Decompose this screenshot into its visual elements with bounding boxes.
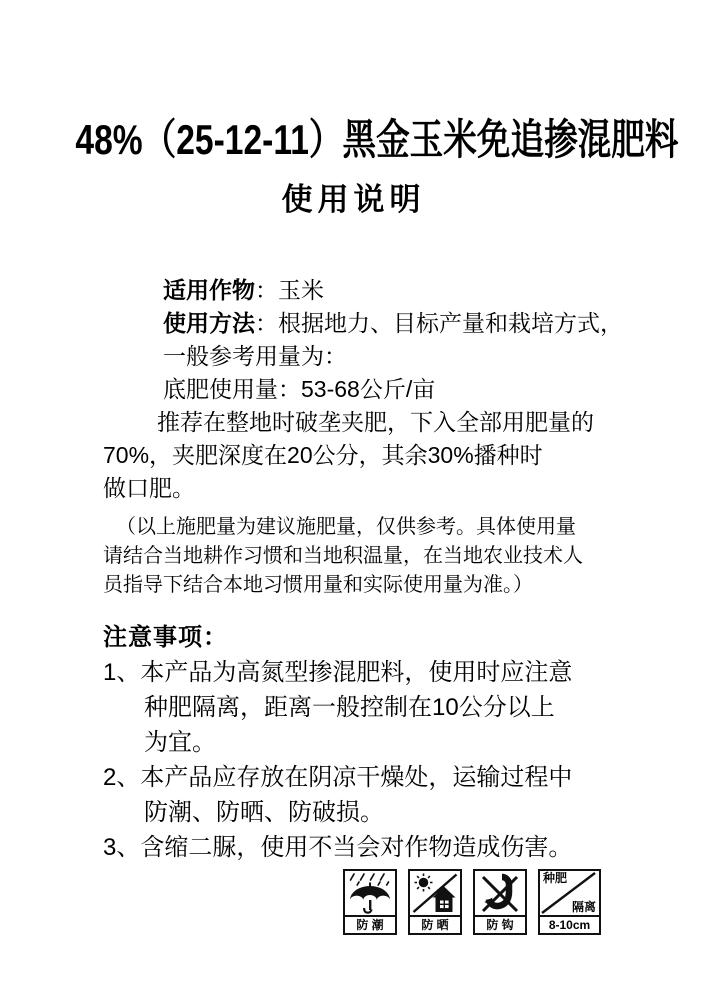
stamp-keep-dry: 防 潮 bbox=[343, 869, 397, 935]
page-title: 48%（25-12-11）黑金玉米免追掺混肥料 bbox=[0, 112, 707, 178]
usage-method-line: 使用方法：根据地力、目标产量和栽培方式， 一般参考用量为： bbox=[163, 307, 669, 373]
disclaimer-note: （以上施肥量为建议施肥量，仅供参考。具体使用量 请结合当地耕作习惯和当地积温量，… bbox=[103, 513, 669, 600]
usage-method-label: 使用方法 bbox=[163, 310, 255, 336]
base-fertilizer-rate-line: 底肥使用量：53-68公斤/亩 bbox=[163, 373, 669, 406]
page-title-text: 48%（25-12-11）黑金玉米免追掺混肥料 bbox=[75, 112, 678, 168]
fertilizer-instruction-sheet: 48%（25-12-11）黑金玉米免追掺混肥料 使用说明 适用作物：玉米 使用方… bbox=[0, 0, 707, 1000]
notice-item-2: 2、本产品应存放在阴凉干燥处，运输过程中 防潮、防晒、防破损。 bbox=[103, 760, 669, 830]
seed-fert-bottom-text: 隔离 bbox=[572, 901, 596, 914]
stamp-keep-dry-label: 防 潮 bbox=[345, 915, 395, 933]
page-subtitle: 使用说明 bbox=[0, 180, 707, 220]
stamp-no-hook-label: 防 钩 bbox=[475, 915, 525, 933]
recommendation-paragraph: 推荐在整地时破垄夹肥，下入全部用肥量的 70%，夹肥深度在20公分，其余30%播… bbox=[103, 406, 669, 505]
stamp-sun-protect-label: 防 晒 bbox=[410, 915, 460, 933]
notice-item-3: 3、含缩二脲，使用不当会对作物造成伤害。 bbox=[103, 830, 669, 865]
stamp-seed-fert-label: 8-10cm bbox=[540, 915, 599, 933]
content: 适用作物：玉米 使用方法：根据地力、目标产量和栽培方式， 一般参考用量为： 底肥… bbox=[103, 274, 669, 935]
no-hook-icon bbox=[475, 871, 525, 915]
notice-item-1: 1、本产品为高氮型掺混肥料，使用时应注意 种肥隔离，距离一般控制在10公分以上 … bbox=[103, 655, 669, 760]
notices-heading: 注意事项： bbox=[103, 620, 669, 655]
stamp-no-hook: 防 钩 bbox=[473, 869, 527, 935]
usage-intro: 适用作物：玉米 使用方法：根据地力、目标产量和栽培方式， 一般参考用量为： 底肥… bbox=[163, 274, 669, 406]
umbrella-rain-icon bbox=[345, 871, 395, 915]
seed-fert-top-text: 种肥 bbox=[543, 872, 567, 885]
stamp-seed-fertilizer-separation: 种肥 隔离 8-10cm bbox=[538, 869, 601, 935]
diagonal-divider-icon: 种肥 隔离 bbox=[540, 871, 599, 915]
applicable-crop-line: 适用作物：玉米 bbox=[163, 274, 669, 307]
handling-stamps: 防 潮 bbox=[343, 869, 669, 935]
stamp-sun-protect: 防 晒 bbox=[408, 869, 462, 935]
applicable-crop-label: 适用作物 bbox=[163, 277, 255, 303]
sun-house-icon bbox=[410, 871, 460, 915]
notices-section: 注意事项： 1、本产品为高氮型掺混肥料，使用时应注意 种肥隔离，距离一般控制在1… bbox=[103, 620, 669, 865]
applicable-crop-value: ：玉米 bbox=[255, 277, 324, 303]
